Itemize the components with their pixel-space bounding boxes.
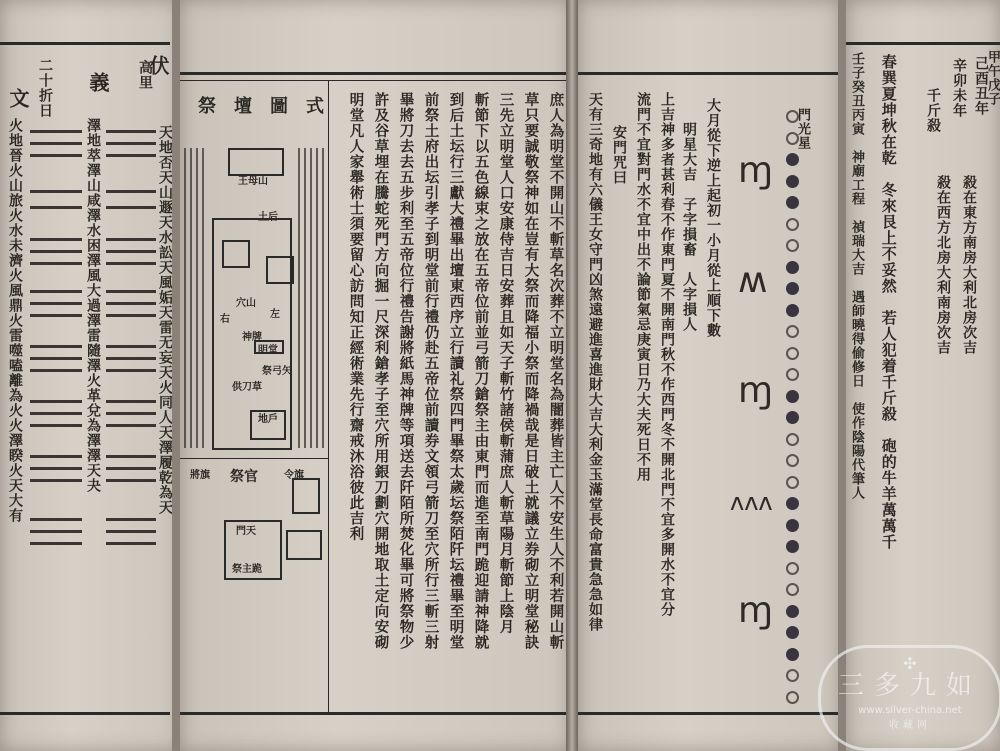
open-dot	[786, 476, 799, 489]
watermark-title: 三多九如	[821, 673, 999, 699]
hexagram-header: 義	[88, 72, 108, 93]
open-dot	[786, 583, 799, 596]
filled-dot	[786, 282, 799, 295]
diagram-bottom	[180, 458, 328, 459]
diagram-divider	[328, 80, 329, 712]
open-dot	[786, 239, 799, 252]
text-column: 千斤殺	[926, 88, 940, 133]
filled-dot	[786, 390, 799, 403]
watermark: ✣ 三多九如 www.silver-china.net 收藏网	[818, 645, 1000, 751]
text-column: 春巽夏坤秋在乾 冬來艮上不妥然 若人犯着千斤殺 砲的牛羊萬萬千	[880, 54, 896, 550]
door-symbol-2: ʍ	[738, 260, 767, 301]
filled-dot	[786, 153, 799, 166]
bottom-border	[0, 712, 170, 715]
hexagram-header: 高里	[138, 60, 152, 90]
open-dot	[786, 433, 799, 446]
open-dot	[786, 347, 799, 360]
filled-dot	[786, 196, 799, 209]
text-column: 斬節下以五色線束之放在五帝位前並弓箭刀鎗祭主由東門而進至南門跪迎請神降就	[473, 92, 488, 650]
edge-column: 壬子癸丑丙寅 神廟工程 禎瑞大吉 遇師曉得偷修日 使作陰陽代筆人	[850, 52, 863, 500]
bottom-border	[578, 712, 840, 715]
filled-dot	[786, 519, 799, 532]
text-column: 到后土坛行三獻大禮畢出壇東西序立行讀礼祭四門畢祭太歲坛祭陌阡坛禮畢至明堂	[448, 92, 463, 650]
watermark-url: www.silver-china.net	[821, 705, 999, 716]
filled-dot	[786, 605, 799, 618]
text-column: 許及谷草埋在騰蛇死門方向掘一尺深利鎗孝子至穴所用銀刀劃穴開地取土定向安砌	[373, 92, 388, 650]
open-dot	[786, 132, 799, 145]
top-border	[0, 42, 170, 45]
text-column: 前祭土府出坛引孝子到明堂前行禮仍赴五帝位前讀券文領弓箭刀至穴所行三斬三射	[423, 92, 438, 650]
door-symbol-5: ɱ	[738, 590, 773, 631]
text-column: 畢將刀去去五步利至五帝位行禮告謝將紙馬神牌等項送去阡陌所焚化畢可將祭物少	[398, 92, 413, 650]
top-border-inner	[180, 80, 570, 81]
hexagram-column: 澤地萃澤山咸澤水困澤風大過澤雷隨澤火革兌為澤澤天夬	[86, 118, 100, 493]
diagram-title: 祭壇圖式	[198, 92, 342, 118]
open-dot	[786, 562, 799, 575]
open-dot	[786, 218, 799, 231]
text-column: 庶人為明堂不開山不斬草名次葬不立明堂名為闇葬皆主亡人不安生人不利若開山斬	[548, 92, 563, 650]
text-column: 殺在西方北房大利南房次吉	[936, 175, 950, 355]
door-symbol-4: ʌʌʌ	[730, 488, 773, 516]
hexagram-column: 天地否天山遯天水訟天風姤天雷无妄天火同人天澤履乾為天	[158, 125, 172, 515]
text-column: 流門不宜對門水不宜中出不論節氣忌庚寅日乃大夫死日不用	[636, 92, 650, 482]
open-dot	[786, 691, 799, 704]
hexagram-header: 文	[8, 88, 28, 109]
filled-dot	[786, 497, 799, 510]
filled-dot	[786, 175, 799, 188]
open-dot	[786, 669, 799, 682]
filled-dot	[786, 261, 799, 274]
open-dot	[786, 110, 799, 123]
text-column: 明星大吉 子字損畜 人字損人	[682, 122, 696, 332]
hatch-left	[184, 148, 206, 448]
filled-dot	[786, 411, 799, 424]
far-right-page: 壬子癸丑丙寅 神廟工程 禎瑞大吉 遇師曉得偷修日 使作陰陽代筆人 春巽夏坤秋在乾…	[846, 0, 1000, 751]
hexagram-header: 二十折日	[38, 58, 52, 118]
text-column: 辛卯未年	[952, 58, 966, 118]
filled-dot	[786, 626, 799, 639]
text-column: 天有三奇地有六儀王女守門凶煞遠避進喜進財大吉大利金玉滿堂長命富貴急急如律	[588, 92, 602, 632]
text-column: 殺在東方南房大利北房次吉	[962, 175, 976, 355]
hexagram-column: 火地晉火山旅火水未濟火風鼎火雷噬嗑離為火火澤睽火天大有	[8, 118, 22, 523]
text-column: 明堂凡人家舉術士須要留心訪問知正經術業先行齋戒沐浴彼此吉利	[348, 92, 363, 542]
text-column: 大月從下逆上起初一小月從上順下數	[706, 98, 720, 338]
watermark-subtitle: 收藏网	[821, 716, 999, 731]
bottom-border	[180, 712, 570, 715]
text-column: 草只要誠敬祭神如在豈有大祭而降福小祭而降禍哉是日破土就議立券砌立明堂秘訣	[523, 92, 538, 650]
hatch-right	[298, 148, 324, 448]
filled-dot	[786, 540, 799, 553]
text-column: 甲午戊子	[986, 50, 999, 106]
center-left-page: 祭壇圖式 王母山 土后 穴山 左 右 神牌 明堂 祭弓矢 供刀草 地戶 祭官 將…	[180, 0, 570, 751]
book-spine	[566, 0, 578, 751]
text-column: 安門咒曰	[612, 125, 626, 185]
top-border	[180, 72, 570, 75]
open-dot	[786, 368, 799, 381]
filled-dot	[786, 304, 799, 317]
center-right-page: 天有三奇地有六儀王女守門凶煞遠避進喜進財大吉大利金玉滿堂長命富貴急急如律 安門咒…	[578, 0, 840, 751]
open-dot	[786, 454, 799, 467]
top-border	[846, 42, 1000, 45]
door-symbol-1: ɱ	[738, 150, 773, 191]
door-symbol-3: ɱ	[738, 370, 773, 411]
text-column: 三先立明堂人口安康侍吉日安葬且如天子斬竹諸侯斬蒲庶人斬草陽月斬節上陰月	[498, 92, 513, 635]
top-border	[578, 72, 840, 75]
page-gutter-right	[838, 0, 846, 751]
filled-dot	[786, 648, 799, 661]
open-dot	[786, 325, 799, 338]
left-page: 伏 高里 義 二十折日 文 天地否天山遯天水訟天風姤天雷无妄天火同人天澤履乾為天…	[0, 0, 180, 751]
text-column: 上吉神多者甚利春不作東門夏不開南門秋不作西門冬不開北門不宜多開水不宜分	[660, 92, 674, 617]
